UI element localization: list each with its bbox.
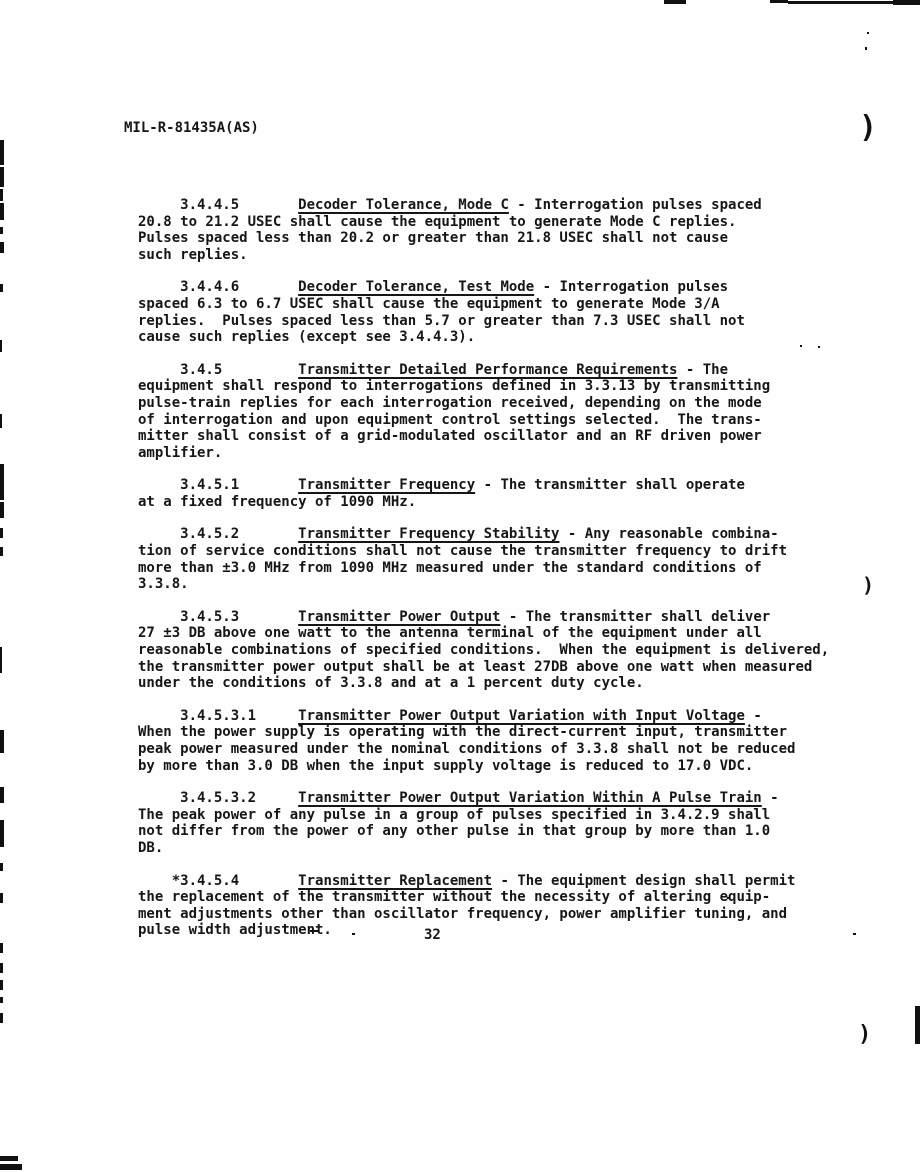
section-number: 3.4.5.1	[138, 477, 298, 493]
body-text-line: tion of service conditions shall not cau…	[138, 543, 858, 560]
scan-artifact-mark	[0, 547, 3, 556]
body-text-line: DB.	[138, 840, 858, 857]
body-text-line: 3.3.8.	[138, 576, 858, 593]
scan-artifact-mark	[0, 647, 2, 673]
scan-artifact-mark	[853, 933, 856, 935]
body-text-line: by more than 3.0 DB when the input suppl…	[138, 758, 858, 775]
body-text-line: 27 ±3 DB above one watt to the antenna t…	[138, 625, 858, 642]
section-number: 3.4.5.3.2	[138, 790, 298, 806]
body-text-line: cause such replies (except see 3.4.4.3).	[138, 329, 858, 346]
scan-artifact-mark	[0, 863, 3, 871]
scan-artifact-mark	[867, 32, 869, 34]
document-id: MIL-R-81435A(AS)	[124, 120, 844, 137]
scan-artifact-mark	[788, 1, 893, 4]
body-text-line: the replacement of the transmitter witho…	[138, 889, 858, 906]
section-title: Transmitter Detailed Performance Require…	[298, 362, 677, 378]
scan-artifact-mark	[0, 787, 4, 803]
spec-paragraph: 3.4.5.1 Transmitter Frequency - The tran…	[138, 477, 858, 510]
scan-artifact-mark	[865, 47, 867, 50]
body-text-line: amplifier.	[138, 445, 858, 462]
document-page: MIL-R-81435A(AS) 3.4.4.5 Decoder Toleran…	[0, 0, 920, 1172]
scan-artifact-mark	[0, 203, 4, 220]
scan-artifact-mark	[0, 1156, 18, 1161]
section-title: Transmitter Frequency	[298, 477, 475, 493]
body-text-line: reasonable combinations of specified con…	[138, 642, 858, 659]
scan-artifact-mark	[0, 340, 2, 352]
scan-artifact-mark	[727, 897, 729, 899]
section-lead-text: - The transmitter shall deliver	[500, 609, 770, 625]
document-body: MIL-R-81435A(AS) 3.4.4.5 Decoder Toleran…	[138, 87, 858, 988]
section-title: Decoder Tolerance, Test Mode	[298, 279, 534, 295]
scan-artifact-mark	[893, 0, 920, 5]
scan-artifact-mark	[0, 227, 3, 234]
scan-artifact-paren: )	[858, 1024, 871, 1046]
section-number: *3.4.5.4	[138, 873, 298, 889]
section-title: Decoder Tolerance, Mode C	[298, 197, 509, 213]
body-text-line: ment adjustments other than oscillator f…	[138, 906, 858, 923]
scan-artifact-mark	[770, 0, 788, 3]
scan-artifact-mark	[0, 189, 3, 201]
scan-artifact-mark	[0, 242, 4, 253]
body-text-line: not differ from the power of any other p…	[138, 823, 858, 840]
section-number: 3.4.4.6	[138, 279, 298, 295]
spec-paragraph: 3.4.4.5 Decoder Tolerance, Mode C - Inte…	[138, 197, 858, 263]
section-number: 3.4.4.5	[138, 197, 298, 213]
scan-artifact-mark	[0, 528, 3, 538]
section-lead-text: - The equipment design shall permit	[492, 873, 795, 889]
spec-paragraph: 3.4.5.2 Transmitter Frequency Stability …	[138, 526, 858, 592]
section-number: 3.4.5.3.1	[138, 708, 298, 724]
section-lead-text: - Interrogation pulses spaced	[509, 197, 762, 213]
scan-artifact-mark	[0, 140, 4, 165]
scan-artifact-mark	[800, 345, 802, 347]
scan-artifact-mark	[0, 1013, 3, 1023]
section-number: 3.4.5.2	[138, 526, 298, 542]
section-number: 3.4.5	[138, 362, 298, 378]
spec-paragraph: 3.4.4.6 Decoder Tolerance, Test Mode - I…	[138, 279, 858, 345]
scan-artifact-paren: )	[859, 113, 877, 143]
body-text-line: at a fixed frequency of 1090 MHz.	[138, 494, 858, 511]
scan-artifact-mark	[0, 980, 3, 990]
body-text-line: pulse width adjustment.	[138, 922, 858, 939]
section-title: Transmitter Replacement	[298, 873, 492, 889]
section-lead-text: - The	[677, 362, 728, 378]
spec-paragraph: 3.4.5.3.2 Transmitter Power Output Varia…	[138, 790, 858, 856]
section-title: Transmitter Power Output Variation Withi…	[298, 790, 762, 806]
body-text-line: spaced 6.3 to 6.7 USEC shall cause the e…	[138, 296, 858, 313]
scan-artifact-mark	[0, 502, 4, 518]
body-text-line: replies. Pulses spaced less than 5.7 or …	[138, 313, 858, 330]
body-text-line: pulse-train replies for each interrogati…	[138, 395, 858, 412]
body-text-line: of interrogation and upon equipment cont…	[138, 412, 858, 429]
body-text-line: Pulses spaced less than 20.2 or greater …	[138, 230, 858, 247]
scan-artifact-mark	[0, 167, 4, 187]
body-text-line: under the conditions of 3.3.8 and at a 1…	[138, 675, 858, 692]
spec-paragraphs: 3.4.4.5 Decoder Tolerance, Mode C - Inte…	[138, 197, 858, 939]
spec-paragraph: 3.4.5 Transmitter Detailed Performance R…	[138, 362, 858, 462]
scan-artifact-paren: )	[862, 575, 874, 595]
section-number: 3.4.5.3	[138, 609, 298, 625]
spec-paragraph: *3.4.5.4 Transmitter Replacement - The e…	[138, 873, 858, 939]
body-text-line: The peak power of any pulse in a group o…	[138, 807, 858, 824]
section-lead-text: -	[762, 790, 779, 806]
section-lead-text: - Interrogation pulses	[534, 279, 728, 295]
scan-artifact-mark	[0, 414, 2, 428]
body-text-line: peak power measured under the nominal co…	[138, 741, 858, 758]
scan-artifact-mark	[0, 1164, 22, 1170]
scan-artifact-mark	[0, 963, 3, 973]
section-title: Transmitter Frequency Stability	[298, 526, 559, 542]
section-lead-text: - The transmitter shall operate	[475, 477, 745, 493]
scan-artifact-mark	[352, 933, 355, 935]
body-text-line: such replies.	[138, 247, 858, 264]
body-text-line: equipment shall respond to interrogation…	[138, 378, 858, 395]
body-text-line: mitter shall consist of a grid-modulated…	[138, 428, 858, 445]
scan-artifact-mark	[0, 820, 4, 847]
scan-artifact-mark	[0, 943, 3, 953]
body-text-line: When the power supply is operating with …	[138, 724, 858, 741]
body-text-line: the transmitter power output shall be at…	[138, 659, 858, 676]
scan-artifact-mark	[915, 1006, 920, 1044]
scan-artifact-mark	[0, 464, 4, 500]
scan-artifact-mark	[0, 997, 3, 1003]
spec-paragraph: 3.4.5.3 Transmitter Power Output - The t…	[138, 609, 858, 692]
section-title: Transmitter Power Output	[298, 609, 500, 625]
scan-artifact-mark	[0, 893, 3, 903]
scan-artifact-mark	[0, 284, 3, 292]
scan-artifact-mark	[664, 0, 686, 4]
scan-artifact-mark	[0, 730, 4, 753]
page-number: 32	[424, 927, 441, 943]
body-text-line: 20.8 to 21.2 USEC shall cause the equipm…	[138, 214, 858, 231]
scan-artifact-mark	[818, 346, 820, 348]
scan-artifact-mark	[310, 930, 319, 932]
body-text-line: more than ±3.0 MHz from 1090 MHz measure…	[138, 560, 858, 577]
section-lead-text: -	[745, 708, 762, 724]
section-title: Transmitter Power Output Variation with …	[298, 708, 745, 724]
section-lead-text: - Any reasonable combina-	[559, 526, 778, 542]
spec-paragraph: 3.4.5.3.1 Transmitter Power Output Varia…	[138, 708, 858, 774]
